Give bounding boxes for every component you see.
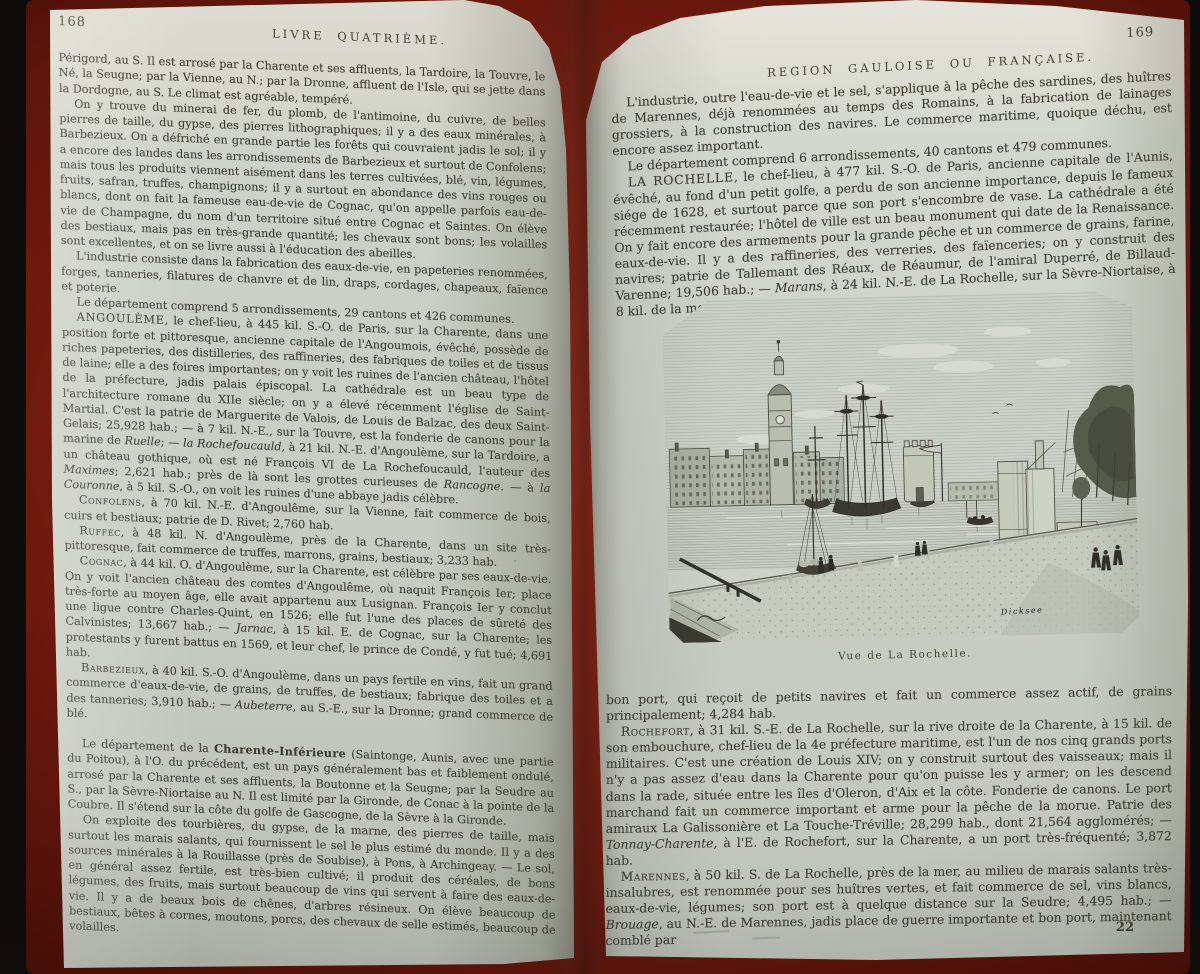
text-segment: Périgord, au S. Il est arrosé par la Cha… bbox=[59, 51, 546, 106]
text-segment-i: Ruelle bbox=[125, 434, 161, 448]
quay bbox=[667, 519, 1139, 644]
engraving-paper bbox=[662, 291, 1140, 644]
text-segment: , à 44 kil. O. d'Angoulème, sur la Chare… bbox=[65, 556, 552, 634]
engraver-signatures: Dicksee bbox=[697, 605, 1044, 623]
text-segment-i: Brouage bbox=[606, 916, 659, 932]
book-photo: 168 LIVRE QUATRIÈME. Périgord, au S. Il … bbox=[0, 0, 1200, 974]
sky bbox=[662, 291, 1137, 532]
paragraph: Périgord, au S. Il est arrosé par la Cha… bbox=[58, 50, 545, 115]
text-segment-caps: LA ROCHELLE bbox=[628, 170, 734, 190]
text-segment: ; 2,621 hab.; près de là sont les grotte… bbox=[115, 464, 444, 490]
left-running-title: LIVRE QUATRIÈME. bbox=[116, 20, 603, 53]
foreground-jetty bbox=[668, 557, 762, 643]
engraving-figure: Dicksee Vue de La Rochelle. bbox=[652, 290, 1150, 666]
right-text-column-top: L'industrie, outre l'eau-de-vie et le se… bbox=[611, 68, 1176, 320]
quay-buildings bbox=[948, 482, 998, 501]
clock-tower bbox=[767, 340, 794, 505]
city-skyline bbox=[669, 439, 844, 507]
harbor-towers bbox=[997, 410, 1098, 547]
left-page: 168 LIVRE QUATRIÈME. Périgord, au S. Il … bbox=[44, 0, 578, 970]
text-segment: bon port, qui reçoit de petits navires e… bbox=[606, 683, 1172, 723]
text-segment: , au S.-E., sur la Dronne; grand commerc… bbox=[67, 700, 554, 723]
text-segment: ; — bbox=[161, 436, 184, 450]
harbor-ships bbox=[802, 378, 993, 529]
paper-speck bbox=[514, 560, 516, 562]
paragraph: Barbezieux, à 40 kil. S.-O. d'Angoulème,… bbox=[66, 659, 553, 739]
engraving-la-rochelle: Dicksee bbox=[662, 291, 1140, 648]
paragraph: ANGOULÈME, le chef-lieu, à 445 kil. S.-O… bbox=[62, 309, 551, 511]
text-segment: , à 31 kil. S.-E. de La Rochelle, sur la… bbox=[606, 715, 1172, 835]
text-segment-sc: Marennes bbox=[621, 868, 686, 884]
text-segment: , le chef-lieu, à 445 kil. S.-O. de Pari… bbox=[62, 314, 550, 449]
text-segment: , à 40 kil. S.-O. d'Angoulème, dans un p… bbox=[66, 664, 553, 711]
text-segment: Le département comprend 6 arrondissement… bbox=[627, 135, 1112, 174]
signature-number: 22 bbox=[1116, 920, 1134, 935]
paragraph: Cognac, à 44 kil. O. d'Angoulème, sur la… bbox=[65, 553, 553, 679]
pencil-dash bbox=[752, 937, 780, 940]
round-tower bbox=[903, 440, 934, 502]
text-segment: , le chef-lieu, à 477 kil. S.-O. de Pari… bbox=[613, 148, 1175, 303]
reflections bbox=[782, 506, 978, 536]
text-segment: , à 24 kil. N.-E. de La Rochelle, sur la… bbox=[616, 261, 1176, 319]
left-page-header: 168 LIVRE QUATRIÈME. bbox=[58, 10, 545, 55]
right-text-column-bottom: bon port, qui reçoit de petits navires e… bbox=[606, 683, 1173, 949]
text-segment-sc: Rochefort bbox=[621, 723, 690, 739]
text-segment-i: la Couronne bbox=[64, 478, 551, 495]
text-segment: , à 21 kil. N.-E. d'Angoulème, sur la Ta… bbox=[63, 441, 550, 480]
right-page-header: 169 REGION GAULOISE OU FRANÇAISE. bbox=[610, 24, 1171, 77]
text-segment-i: Tonnay-Charente bbox=[606, 835, 714, 852]
right-running-title: REGION GAULOISE OU FRANÇAISE. bbox=[650, 44, 1200, 85]
text-segment-sc: Cognac bbox=[80, 554, 124, 569]
paragraph: Rochefort, à 31 kil. S.-E. de La Rochell… bbox=[606, 715, 1172, 869]
paragraph: LA ROCHELLE, le chef-lieu, à 477 kil. S.… bbox=[613, 148, 1176, 320]
text-segment: On y trouve du minerai de fer, du plomb,… bbox=[59, 97, 547, 261]
left-page-content: 168 LIVRE QUATRIÈME. Périgord, au S. Il … bbox=[58, 10, 556, 953]
text-segment: On exploite des tourbières, du gypse, de… bbox=[68, 813, 556, 936]
text-segment-i: Marans bbox=[775, 278, 823, 295]
paper-speck bbox=[114, 330, 117, 333]
water bbox=[667, 497, 1138, 572]
text-segment: L'industrie consiste dans la fabrication… bbox=[61, 250, 548, 297]
flag-pole bbox=[919, 443, 942, 501]
text-segment: , à 5 kil. S.-O., on voit les ruines d'u… bbox=[119, 480, 458, 507]
paragraph: bon port, qui reçoit de petits navires e… bbox=[606, 683, 1172, 724]
paragraph: Marennes, à 50 kil. S. de La Rochelle, p… bbox=[606, 860, 1172, 949]
quay-figures bbox=[817, 536, 1123, 577]
text-segment-sc: Ruffec bbox=[79, 524, 120, 539]
bollards bbox=[787, 539, 994, 584]
text-segment: , à 48 kil. N. d'Angoulème, près de la C… bbox=[64, 526, 551, 569]
right-page-top-content: 169 REGION GAULOISE OU FRANÇAISE. L'indu… bbox=[610, 24, 1176, 320]
right-page-number: 169 bbox=[1126, 25, 1154, 41]
svg-text:Dicksee: Dicksee bbox=[1000, 605, 1044, 616]
text-segment: (Saintonge, Aunis, avec une partie du Po… bbox=[67, 748, 554, 828]
moored-boat bbox=[794, 494, 836, 576]
right-page: 169 REGION GAULOISE OU FRANÇAISE. L'indu… bbox=[576, 0, 1192, 974]
text-segment-i: Jarnac bbox=[236, 622, 273, 636]
paragraph: Ruffec, à 48 kil. N. d'Angoulème, près d… bbox=[64, 522, 551, 572]
pencil-dash bbox=[693, 930, 729, 934]
trees bbox=[1070, 384, 1138, 542]
text-segment: , à l'E. de Rochefort, sur la Charente, … bbox=[606, 828, 1172, 868]
text-segment-i: Maximes bbox=[64, 462, 115, 477]
paper-speck bbox=[666, 180, 668, 182]
paragraph: Le département de la Charente-Inférieure… bbox=[67, 735, 555, 831]
text-segment: L'industrie, outre l'eau-de-vie et le se… bbox=[611, 68, 1172, 159]
right-page-bottom-content: bon port, qui reçoit de petits navires e… bbox=[606, 683, 1173, 949]
text-segment-i: Rancogne bbox=[444, 478, 501, 493]
text-segment-sc: Confolens bbox=[79, 493, 142, 508]
paragraph: On exploite des tourbières, du gypse, de… bbox=[68, 812, 556, 953]
paragraph: L'industrie, outre l'eau-de-vie et le se… bbox=[611, 68, 1173, 160]
figure-caption: Vue de La Rochelle. bbox=[660, 643, 1150, 666]
paragraph: L'industrie consiste dans la fabrication… bbox=[61, 248, 548, 313]
text-segment: Le département de la bbox=[82, 737, 214, 755]
text-segment-caps: ANGOULÈME bbox=[77, 311, 165, 328]
paragraph: Confolens, à 70 kil. N.-E. d'Angoulême, … bbox=[64, 492, 551, 542]
paragraph: Le département comprend 6 arrondissement… bbox=[612, 132, 1172, 175]
text-segment: , à 70 kil. N.-E. d'Angoulême, sur la Vi… bbox=[64, 496, 551, 532]
left-page-number: 168 bbox=[58, 14, 86, 30]
paragraph: Le département comprend 5 arrondissement… bbox=[61, 294, 548, 329]
text-segment-i: Aubeterre bbox=[235, 698, 293, 713]
text-segment: Le département comprend 5 arrondissement… bbox=[77, 295, 515, 326]
text-segment: , à 50 kil. S. de La Rochelle, près de l… bbox=[606, 860, 1172, 916]
text-segment: . — à bbox=[500, 480, 540, 495]
left-text-column: Périgord, au S. Il est arrosé par la Cha… bbox=[58, 50, 555, 953]
text-segment-i: la Rochefoucauld bbox=[183, 437, 281, 454]
text-segment-sc: Barbezieux bbox=[81, 661, 145, 677]
text-segment-b: Charente-Inférieure bbox=[214, 741, 346, 760]
birds bbox=[992, 404, 1012, 414]
city-windows bbox=[671, 449, 842, 505]
text-segment: , à 15 kil. E. de Cognac, sur la Charent… bbox=[66, 623, 553, 662]
paragraph: On y trouve du minerai de fer, du plomb,… bbox=[59, 96, 547, 268]
text-segment: , au N.-E. de Marennes, jadis place de g… bbox=[606, 908, 1172, 948]
